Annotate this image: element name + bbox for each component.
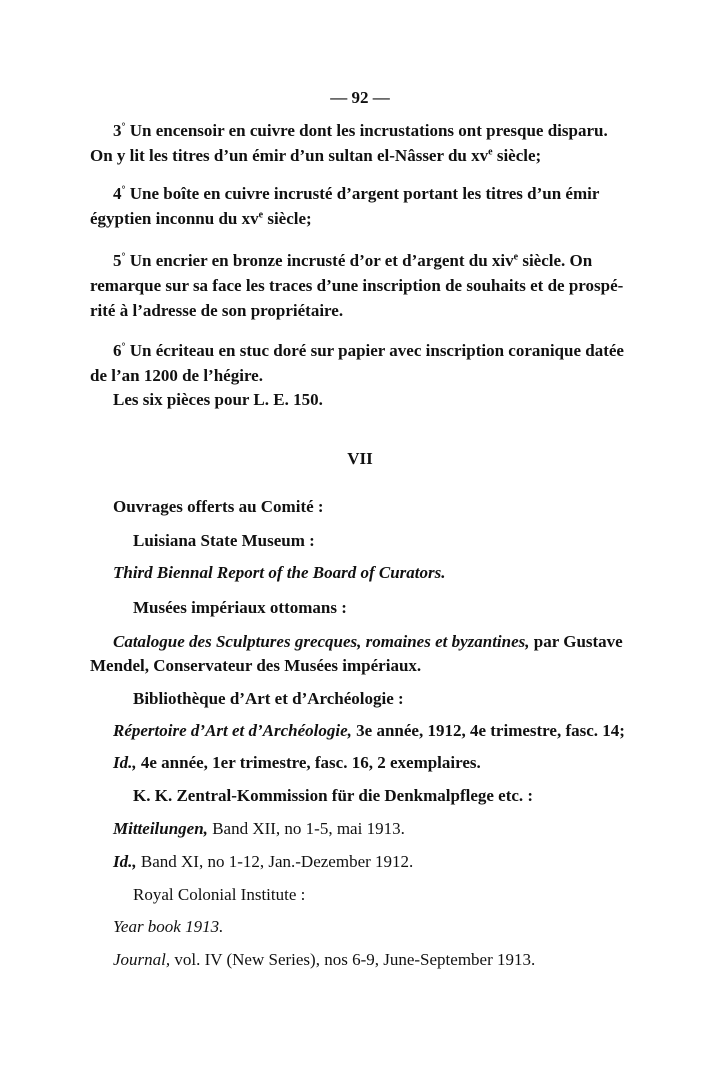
item-5-line-3: rité à l’adresse de son propriétaire.	[90, 301, 343, 321]
work-entry-cont: Mendel, Conservateur des Musées impériau…	[90, 656, 421, 676]
work-title: Id.,	[113, 753, 137, 772]
page-number: — 92 —	[0, 88, 720, 108]
donor-name: Musées impériaux ottomans :	[133, 598, 347, 618]
work-title: Third Biennal Report of the Board of Cur…	[113, 563, 446, 583]
work-entry: Id., 4e année, 1er trimestre, fasc. 16, …	[113, 753, 481, 773]
item-4-line-1: 4° Une boîte en cuivre incrusté d’argent…	[113, 184, 599, 204]
work-title: Year book 1913.	[113, 917, 223, 937]
document-page: — 92 — 3° Un encensoir en cuivre dont le…	[0, 0, 720, 1082]
work-entry: Répertoire d’Art et d’Archéologie, 3e an…	[113, 721, 625, 741]
item-5-line-1: 5° Un encrier en bronze incrusté d’or et…	[113, 251, 592, 271]
work-entry: Catalogue des Sculptures grecques, romai…	[113, 632, 623, 652]
work-entry: Journal, vol. IV (New Series), nos 6-9, …	[113, 950, 535, 970]
donor-name: K. K. Zentral-Kommission für die Denkmal…	[133, 786, 533, 806]
donor-name: Royal Colonial Institute :	[133, 885, 305, 905]
section-intro: Ouvrages offerts au Comité :	[113, 497, 324, 517]
work-title: Catalogue des Sculptures grecques, romai…	[113, 632, 530, 651]
item-6-line-2: de l’an 1200 de l’hégire.	[90, 366, 263, 386]
section-heading: VII	[0, 449, 720, 469]
donor-name: Bibliothèque d’Art et d’Archéologie :	[133, 689, 404, 709]
item-3-line-1: 3° Un encensoir en cuivre dont les incru…	[113, 121, 608, 141]
work-entry: Id., Band XI, no 1-12, Jan.-Dezember 191…	[113, 852, 413, 872]
total-price: Les six pièces pour L. E. 150.	[113, 390, 323, 410]
item-number: 4	[113, 184, 122, 203]
work-title: Mitteilungen,	[113, 819, 208, 838]
work-entry: Mitteilungen, Band XII, no 1-5, mai 1913…	[113, 819, 405, 839]
item-4-line-2: égyptien inconnu du xve siècle;	[90, 209, 312, 229]
item-3-line-2: On y lit les titres d’un émir d’un sulta…	[90, 146, 541, 166]
item-5-line-2: remarque sur sa face les traces d’une in…	[90, 276, 623, 296]
work-title: Répertoire d’Art et d’Archéologie,	[113, 721, 352, 740]
donor-name: Luisiana State Museum :	[133, 531, 315, 551]
item-number: 3	[113, 121, 122, 140]
item-number: 5	[113, 251, 122, 270]
work-title: Journal,	[113, 950, 170, 969]
item-6-line-1: 6° Un écriteau en stuc doré sur papier a…	[113, 341, 624, 361]
item-number: 6	[113, 341, 122, 360]
work-title: Id.,	[113, 852, 137, 871]
